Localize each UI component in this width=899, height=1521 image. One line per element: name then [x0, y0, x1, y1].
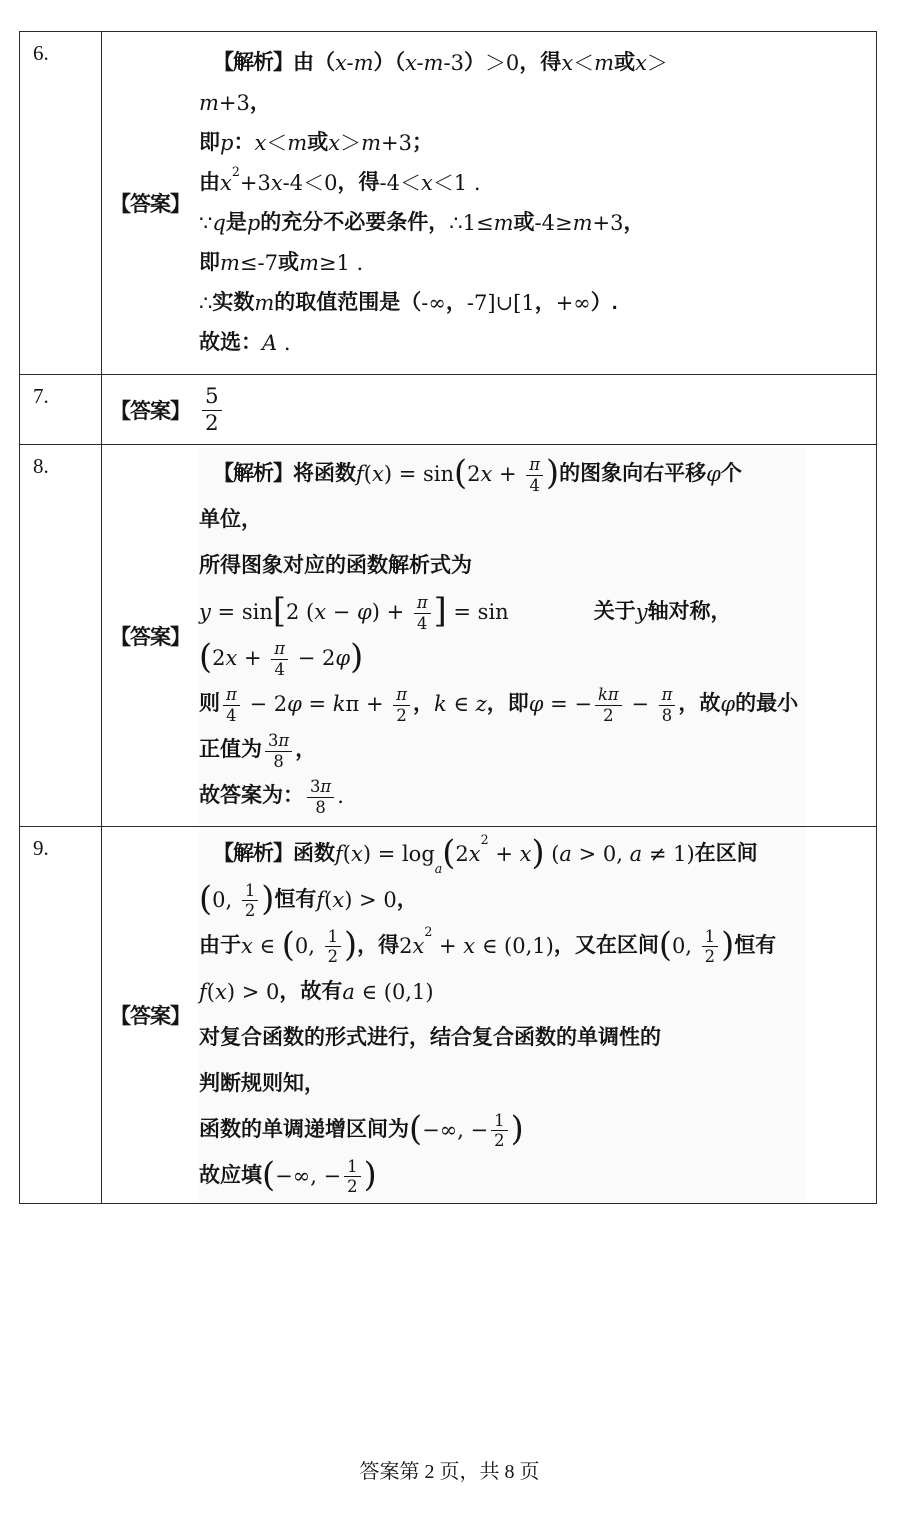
math-run: +	[237, 646, 268, 670]
math-run: ＜	[266, 131, 287, 155]
text-line: 故答案为：3π8.	[199, 774, 806, 820]
text-run: ，	[295, 738, 316, 762]
math-run: ) +	[372, 600, 411, 624]
fraction-denominator: 4	[414, 614, 430, 633]
question-number: 6.	[33, 41, 49, 65]
text-run: ，	[535, 291, 556, 315]
text-line: 由x2+3x-4＜0，得-4＜x＜1 .	[199, 163, 876, 203]
superscript: 2	[232, 165, 240, 179]
fraction: 12	[702, 927, 718, 967]
math-run: ∴	[199, 291, 212, 315]
math-run: -7]∪[1	[467, 291, 535, 315]
math-variable: x	[463, 934, 475, 958]
fraction: π8	[659, 685, 676, 725]
answer-label: 【答案】	[102, 1000, 199, 1030]
math-variable: φ	[335, 646, 350, 670]
solution-text: 【解析】将函数f(x) = sin(2x + π4)的图象向右平移φ个单位，所得…	[199, 448, 806, 824]
math-run: (	[324, 888, 332, 912]
text-line: 52	[199, 383, 876, 436]
text-run: 关于	[594, 600, 636, 624]
text-run: ）（	[373, 51, 405, 75]
big-paren: )	[531, 839, 544, 868]
math-variable: m	[594, 51, 614, 75]
text-line: 正值为3π8，	[199, 728, 806, 774]
math-run: +3	[593, 211, 624, 235]
math-run: ∈ (0,1)	[475, 934, 554, 958]
analysis-label: 【解析】	[213, 462, 293, 486]
math-run: ＜1 .	[433, 171, 481, 195]
fraction: kπ2	[595, 685, 622, 725]
math-variable: p	[220, 131, 233, 155]
math-run: +∞	[556, 291, 591, 315]
answer-label: 【答案】	[102, 188, 199, 218]
math-variable: x	[561, 51, 573, 75]
solution-cell: 【答案】【解析】函数f(x) = loga(2x2 + x) (a > 0, a…	[102, 827, 876, 1203]
question-number-cell: 7.	[20, 375, 102, 444]
big-paren: (	[454, 459, 467, 488]
math-variable: a	[559, 842, 572, 866]
big-paren: )	[511, 1115, 524, 1144]
text-run: ：	[233, 131, 254, 155]
math-variable: x	[271, 171, 283, 195]
fraction-denominator: 2	[600, 706, 616, 725]
superscript: 2	[424, 925, 432, 939]
text-run: 故答案为：	[199, 784, 304, 808]
math-variable: a	[630, 842, 643, 866]
math-run: 2	[399, 934, 412, 958]
math-run: −	[625, 692, 656, 716]
solution-text: 【解析】由（x-m）（x-m-3）＞0，得x＜m或x＞m+3，即p：x＜m或x＞…	[199, 39, 876, 367]
table-row: 7.【答案】52	[20, 374, 876, 444]
text-run: ）.	[591, 291, 618, 315]
solution-text: 【解析】函数f(x) = loga(2x2 + x) (a > 0, a ≠ 1…	[199, 827, 806, 1203]
math-variable: m	[199, 91, 219, 115]
text-run: 或	[307, 131, 328, 155]
big-paren: (	[659, 931, 672, 960]
math-run: 2 (	[286, 600, 314, 624]
big-paren: )	[721, 931, 734, 960]
fraction-numerator: kπ	[595, 685, 622, 705]
text-line: 由于x ∈ (0, 12)，得2x2 + x ∈ (0,1)，又在区间(0, 1…	[199, 923, 806, 969]
math-run: ≠ 1)	[642, 842, 695, 866]
big-paren: (	[199, 643, 212, 672]
question-number-cell: 6.	[20, 32, 102, 374]
fraction-numerator: 1	[344, 1157, 360, 1177]
question-number-cell: 9.	[20, 827, 102, 1203]
math-variable: k	[333, 692, 346, 716]
math-variable: m	[299, 251, 319, 275]
text-run: 的最小	[735, 692, 798, 716]
question-number: 8.	[33, 454, 49, 478]
text-run: ，故有	[279, 980, 342, 1004]
fraction: 3π8	[265, 731, 292, 771]
math-variable: m	[573, 211, 593, 235]
text-run: 则	[199, 692, 220, 716]
fraction: 12	[325, 927, 341, 967]
fraction-numerator: π	[271, 639, 288, 659]
math-variable: x-m	[335, 51, 373, 75]
math-run: +3	[219, 91, 250, 115]
fraction: π4	[271, 639, 288, 679]
text-run: ）	[464, 51, 485, 75]
text-run: 在区间	[695, 842, 758, 866]
math-variable: x	[412, 934, 424, 958]
math-variable: p	[247, 211, 260, 235]
text-line: 【解析】由（x-m）（x-m-3）＞0，得x＜m或x＞	[213, 43, 876, 83]
text-run: 单位，	[199, 508, 262, 532]
analysis-label: 【解析】	[213, 51, 293, 75]
text-run: 对复合函数的形式进行，结合复合函数的单调性的	[199, 1026, 661, 1050]
math-run: ∈	[253, 934, 282, 958]
text-run: 即	[199, 251, 220, 275]
text-run: ，	[623, 211, 644, 235]
math-variable: φ	[720, 692, 735, 716]
math-run: ) = log	[363, 842, 435, 866]
answer-table: 6.【答案】【解析】由（x-m）（x-m-3）＞0，得x＜m或x＞m+3，即p：…	[19, 31, 877, 1204]
fraction-numerator: 5	[202, 384, 222, 410]
text-run: ，故	[678, 692, 720, 716]
fraction-denominator: 4	[223, 706, 239, 725]
math-run: −∞, −	[422, 1118, 488, 1142]
text-run: 的图象向右平移	[559, 462, 706, 486]
math-run: -4≥	[535, 211, 573, 235]
math-variable: x	[215, 980, 227, 1004]
math-run: +3	[381, 131, 412, 155]
text-run: 或	[614, 51, 635, 75]
fraction-denominator: 2	[702, 947, 718, 966]
math-variable: A	[262, 331, 277, 355]
math-variable: q	[212, 211, 225, 235]
spacer	[509, 612, 594, 613]
answer-label: 【答案】	[102, 395, 199, 425]
math-variable: x	[220, 171, 232, 195]
question-number-cell: 8.	[20, 445, 102, 826]
big-paren: )	[546, 459, 559, 488]
solution-cell: 【答案】【解析】由（x-m）（x-m-3）＞0，得x＜m或x＞m+3，即p：x＜…	[102, 32, 876, 374]
solution-cell: 【答案】【解析】将函数f(x) = sin(2x + π4)的图象向右平移φ个单…	[102, 445, 876, 826]
math-run: +	[489, 842, 520, 866]
math-variable: y	[199, 600, 211, 624]
math-run: =	[302, 692, 333, 716]
math-variable: x	[328, 131, 340, 155]
math-run: ＞0	[485, 51, 519, 75]
math-run: ≤-7	[240, 251, 278, 275]
math-run: ) > 0	[227, 980, 280, 1004]
math-run: π +	[345, 692, 390, 716]
big-paren: (	[199, 885, 212, 914]
text-line: ∴实数m的取值范围是（-∞，-7]∪[1，+∞）.	[199, 283, 876, 323]
text-run: ；	[412, 131, 433, 155]
text-run: 正值为	[199, 738, 262, 762]
math-variable: m	[494, 211, 514, 235]
math-run: (	[545, 842, 560, 866]
text-line: 即p：x＜m或x＞m+3；	[199, 123, 876, 163]
math-run: 2	[467, 462, 480, 486]
text-line: 【解析】将函数f(x) = sin(2x + π4)的图象向右平移φ个	[213, 452, 806, 498]
math-run: 2	[212, 646, 225, 670]
text-run: 恒有	[734, 934, 776, 958]
fraction-denominator: 2	[344, 1177, 360, 1196]
fraction-denominator: 2	[491, 1131, 507, 1150]
big-paren: (	[409, 1115, 422, 1144]
math-run: 0,	[295, 934, 322, 958]
math-run: ∵	[199, 211, 212, 235]
math-run: (	[343, 842, 351, 866]
math-variable: x	[469, 842, 481, 866]
text-line: 所得图象对应的函数解析式为	[199, 544, 806, 590]
fraction: π4	[414, 593, 431, 633]
text-line: m+3，	[199, 83, 876, 123]
page-footer: 答案第 2 页，共 8 页	[0, 1455, 899, 1484]
text-run: 判断规则知，	[199, 1072, 325, 1096]
solution-cell: 【答案】52	[102, 375, 876, 444]
math-variable: x	[332, 888, 344, 912]
superscript: 2	[481, 833, 489, 847]
text-run: ，得	[338, 171, 380, 195]
table-row: 8.【答案】【解析】将函数f(x) = sin(2x + π4)的图象向右平移φ…	[20, 444, 876, 826]
fraction-denominator: 2	[202, 411, 222, 436]
math-run: = −	[543, 692, 592, 716]
big-paren: )	[364, 1161, 377, 1190]
math-variable: k	[434, 692, 447, 716]
math-variable: x	[314, 600, 326, 624]
solution-text: 52	[199, 379, 876, 440]
fraction-numerator: π	[414, 593, 431, 613]
math-variable: x	[372, 462, 384, 486]
math-variable: x	[225, 646, 237, 670]
fraction-denominator: 8	[659, 706, 675, 725]
math-variable: z	[476, 692, 487, 716]
fraction-numerator: 1	[242, 881, 258, 901]
math-run: ∴1≤	[449, 211, 493, 235]
big-paren: (	[442, 839, 455, 868]
text-line: f(x) > 0，故有a ∈ (0,1)	[199, 969, 806, 1015]
fraction: 12	[491, 1111, 507, 1151]
subscript: a	[435, 862, 443, 876]
text-line: 则π4 − 2φ = kπ + π2，k ∈ z，即φ = −kπ2 − π8，…	[199, 682, 806, 728]
math-run: ∈ (0,1)	[355, 980, 434, 1004]
fraction-numerator: 1	[491, 1111, 507, 1131]
text-run: ，得	[519, 51, 561, 75]
text-line: 即m≤-7或m≥1 .	[199, 243, 876, 283]
big-paren: )	[350, 643, 363, 672]
math-run: ≥1 .	[319, 251, 363, 275]
math-run: − 2	[291, 646, 335, 670]
text-run: 函数的单调递增区间为	[199, 1118, 409, 1142]
text-run: 所得图象对应的函数解析式为	[199, 554, 472, 578]
text-line: 故选：A .	[199, 323, 876, 363]
math-variable: x	[254, 131, 266, 155]
math-variable: x	[421, 171, 433, 195]
math-run: 0,	[212, 888, 239, 912]
fraction-denominator: 4	[526, 476, 542, 495]
fraction-denominator: 2	[242, 901, 258, 920]
text-run: 的取值范围是（	[274, 291, 421, 315]
math-run: -4＜	[380, 171, 421, 195]
math-run: 2	[455, 842, 468, 866]
text-run: 故选：	[199, 331, 262, 355]
question-number: 9.	[33, 836, 49, 860]
big-bracket: ]	[434, 597, 447, 626]
fraction-denominator: 8	[312, 798, 328, 817]
fraction-denominator: 8	[270, 752, 286, 771]
math-run: ＞	[647, 51, 668, 75]
fraction: 52	[202, 384, 222, 436]
fraction-numerator: 1	[325, 927, 341, 947]
math-run: (	[364, 462, 372, 486]
math-run: +	[492, 462, 523, 486]
text-run: 由（	[293, 51, 335, 75]
text-run: ，即	[487, 692, 529, 716]
math-run: -∞	[421, 291, 446, 315]
text-run: 实数	[212, 291, 254, 315]
math-run: > 0,	[572, 842, 630, 866]
question-number: 7.	[33, 384, 49, 408]
text-run: 将函数	[293, 462, 356, 486]
big-paren: )	[344, 931, 357, 960]
text-line: 判断规则知，	[199, 1061, 806, 1107]
math-run: = sin	[447, 600, 509, 624]
text-line: 函数的单调递增区间为(−∞, −12)	[199, 1107, 806, 1153]
text-line: 故应填(−∞, −12)	[199, 1153, 806, 1199]
big-paren: (	[262, 1161, 275, 1190]
fraction: 12	[344, 1157, 360, 1197]
math-run: .	[277, 331, 290, 355]
big-paren: (	[282, 931, 295, 960]
fraction: 12	[242, 881, 258, 921]
math-variable: x	[520, 842, 532, 866]
math-run: ＞	[340, 131, 361, 155]
fraction-numerator: π	[223, 685, 240, 705]
math-variable: f	[335, 842, 343, 866]
math-variable: x	[241, 934, 253, 958]
text-run: 故应填	[199, 1164, 262, 1188]
text-run: ，	[250, 91, 271, 115]
fraction-denominator: 4	[271, 660, 287, 679]
big-bracket: [	[273, 597, 286, 626]
fraction-numerator: 1	[702, 927, 718, 947]
text-run: 恒有	[274, 888, 316, 912]
math-variable: a	[342, 980, 355, 1004]
math-run: (	[207, 980, 215, 1004]
math-run: +3	[240, 171, 271, 195]
math-variable: f	[199, 980, 207, 1004]
analysis-label: 【解析】	[213, 842, 293, 866]
fraction: π4	[223, 685, 240, 725]
math-run: ∈	[447, 692, 476, 716]
text-run: 即	[199, 131, 220, 155]
fraction: π2	[393, 685, 410, 725]
math-run: -4＜0	[283, 171, 338, 195]
big-paren: )	[261, 885, 274, 914]
math-variable: m	[287, 131, 307, 155]
answer-label: 【答案】	[102, 621, 199, 651]
math-variable: φ	[287, 692, 302, 716]
fraction-numerator: π	[526, 455, 543, 475]
text-run: 或	[278, 251, 299, 275]
text-run: 或	[514, 211, 535, 235]
math-variable: φ	[529, 692, 544, 716]
fraction-numerator: 3π	[265, 731, 292, 751]
table-row: 9.【答案】【解析】函数f(x) = loga(2x2 + x) (a > 0,…	[20, 826, 876, 1203]
math-variable: m	[220, 251, 240, 275]
text-run: 是	[226, 211, 247, 235]
math-variable: f	[356, 462, 364, 486]
text-run: 个	[721, 462, 742, 486]
math-variable: x-m	[405, 51, 443, 75]
text-line: ∵q是p的充分不必要条件，∴1≤m或-4≥m+3，	[199, 203, 876, 243]
math-run: +	[432, 934, 463, 958]
text-line: 对复合函数的形式进行，结合复合函数的单调性的	[199, 1015, 806, 1061]
math-run: ) > 0	[344, 888, 397, 912]
text-line: (0, 12)恒有f(x) > 0，	[199, 877, 806, 923]
text-run: 由	[199, 171, 220, 195]
math-variable: f	[316, 888, 324, 912]
text-line: 【解析】函数f(x) = loga(2x2 + x) (a > 0, a ≠ 1…	[213, 831, 806, 877]
math-variable: y	[636, 600, 648, 624]
text-run: 轴对称，	[648, 600, 732, 624]
fraction-numerator: π	[393, 685, 410, 705]
math-run: .	[337, 784, 344, 808]
math-variable: φ	[706, 462, 721, 486]
math-run: ) = sin	[384, 462, 454, 486]
math-run: 0,	[672, 934, 699, 958]
fraction-denominator: 2	[325, 947, 341, 966]
math-variable: m	[361, 131, 381, 155]
math-variable: x	[480, 462, 492, 486]
text-line: y = sin[2 (x − φ) + π4] = sin关于y轴对称，	[199, 590, 806, 636]
fraction-numerator: 3π	[307, 777, 334, 797]
text-run: ，	[413, 692, 434, 716]
math-run: − 2	[243, 692, 287, 716]
fraction-numerator: π	[659, 685, 676, 705]
fraction: π4	[526, 455, 543, 495]
math-variable: m	[254, 291, 274, 315]
text-run: 函数	[293, 842, 335, 866]
text-run: ，	[446, 291, 467, 315]
fraction-denominator: 2	[393, 706, 409, 725]
math-variable: x	[351, 842, 363, 866]
math-run: ＜	[573, 51, 594, 75]
text-run: 由于	[199, 934, 241, 958]
text-line: (2x + π4 − 2φ)	[199, 636, 806, 682]
table-row: 6.【答案】【解析】由（x-m）（x-m-3）＞0，得x＜m或x＞m+3，即p：…	[20, 32, 876, 374]
math-variable: x	[635, 51, 647, 75]
text-run: ，又在区间	[554, 934, 659, 958]
math-run: -3	[443, 51, 463, 75]
text-run: 的充分不必要条件，	[260, 211, 449, 235]
fraction: 3π8	[307, 777, 334, 817]
text-line: 单位，	[199, 498, 806, 544]
text-run: ，	[397, 888, 418, 912]
math-run: = sin	[211, 600, 273, 624]
math-variable: φ	[357, 600, 372, 624]
math-run: −	[326, 600, 357, 624]
text-run: ，得	[357, 934, 399, 958]
math-run: −∞, −	[275, 1164, 341, 1188]
